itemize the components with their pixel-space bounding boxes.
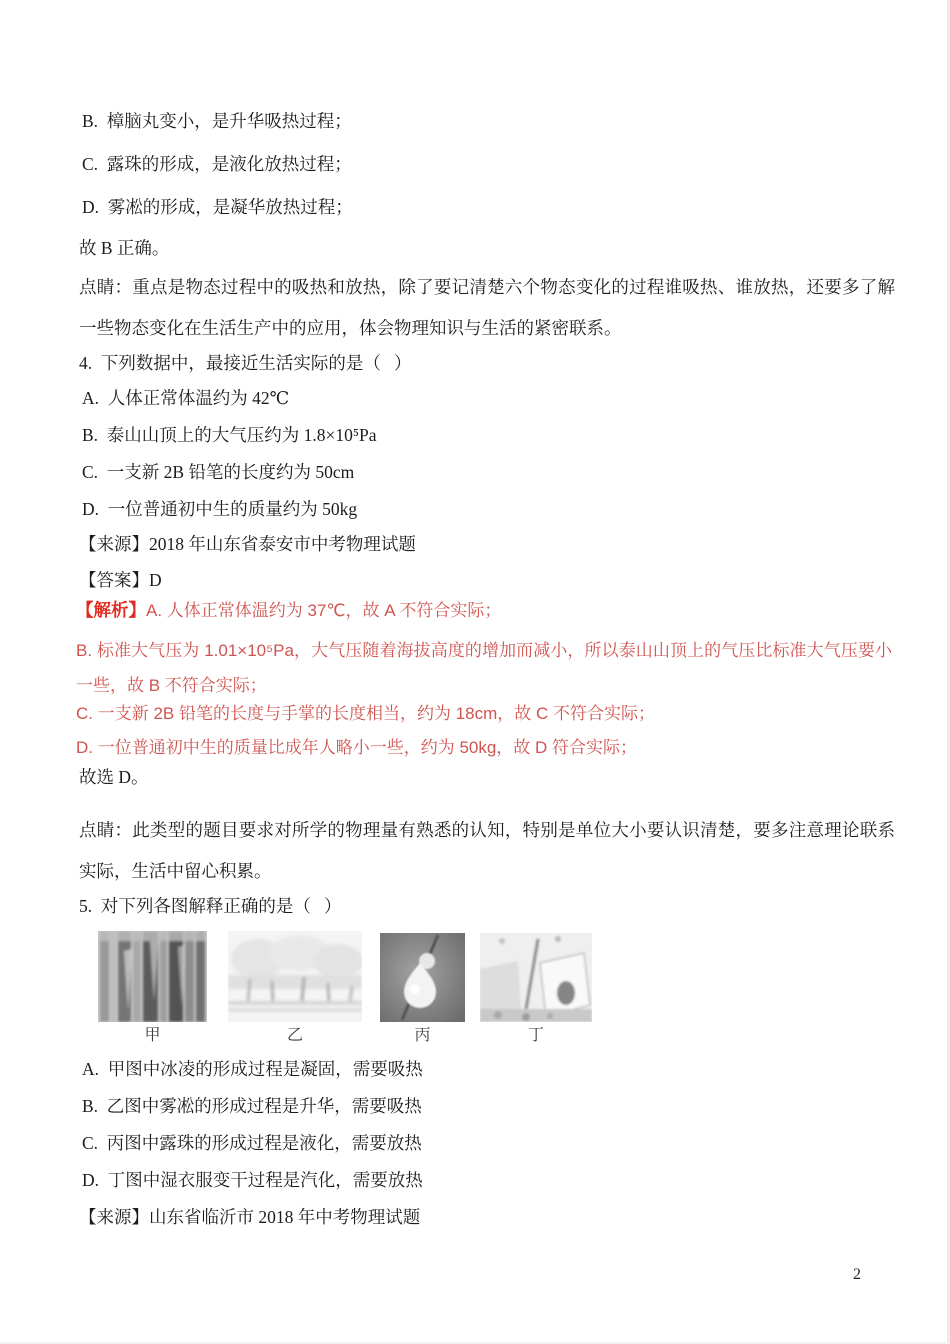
q5-option-a: A. 甲图中冰凌的形成过程是凝固，需要吸热 — [82, 1057, 898, 1081]
q4-source: 【来源】2018 年山东省泰安市中考物理试题 — [79, 532, 895, 556]
icicles-illustration — [98, 931, 207, 1022]
q4-analysis-line-b: B. 标准大气压为 1.01×10⁵Pa，大气压随着海拔高度的增加而减小，所以泰… — [76, 633, 892, 703]
q5-source: 【来源】山东省临沂市 2018 年中考物理试题 — [79, 1205, 895, 1229]
figure-label-jia: 甲 — [98, 1026, 207, 1046]
figure-label-ding: 丁 — [480, 1026, 592, 1046]
q5-option-b: B. 乙图中雾凇的形成过程是升华，需要吸热 — [82, 1094, 898, 1118]
q4-option-c: C. 一支新 2B 铅笔的长度约为 50cm — [82, 460, 898, 484]
q4-option-b: B. 泰山山顶上的大气压约为 1.8×10⁵Pa — [82, 423, 898, 447]
q4-tip-paragraph: 点睛：此类型的题目要求对所学的物理量有熟悉的认知，特别是单位大小要认识清楚，要多… — [79, 810, 895, 892]
q3-conclusion: 故 B 正确。 — [79, 236, 895, 260]
q3-option-c: C. 露珠的形成，是液化放热过程； — [82, 152, 898, 176]
q4-conclusion: 故选 D。 — [79, 765, 895, 789]
exam-document-page: B. 樟脑丸变小，是升华吸热过程； C. 露珠的形成，是液化放热过程； D. 雾… — [0, 0, 950, 1344]
drying-clothes-illustration — [480, 933, 592, 1022]
q3-option-b: B. 樟脑丸变小，是升华吸热过程； — [82, 109, 898, 133]
q5-stem: 5. 对下列各图解释正确的是（ ） — [79, 894, 895, 918]
analysis-label: 【解析】 — [76, 600, 146, 620]
q4-option-d: D. 一位普通初中生的质量约为 50kg — [82, 497, 898, 521]
figure-ding-drying-clothes-image — [480, 933, 592, 1022]
figure-yi-rime-trees-image — [228, 931, 362, 1022]
rime-trees-illustration — [228, 931, 362, 1022]
q4-stem: 4. 下列数据中，最接近生活实际的是（ ） — [79, 351, 895, 375]
q4-analysis-line-d: D. 一位普通初中生的质量比成年人略小一些，约为 50kg，故 D 符合实际； — [76, 736, 892, 760]
q5-option-d: D. 丁图中湿衣服变干过程是汽化，需要放热 — [82, 1168, 898, 1192]
q3-option-d: D. 雾凇的形成，是凝华放热过程； — [82, 195, 898, 219]
q4-answer: 【答案】D — [79, 568, 895, 592]
q4-analysis-line-a: 【解析】A. 人体正常体温约为 37℃，故 A 不符合实际； — [76, 598, 892, 623]
figure-label-bing: 丙 — [380, 1026, 465, 1046]
page-number: 2 — [853, 1266, 861, 1284]
figure-label-yi: 乙 — [228, 1026, 362, 1046]
q4-analysis-line-c: C. 一支新 2B 铅笔的长度与手掌的长度相当，约为 18cm，故 C 不符合实… — [76, 702, 892, 726]
q3-tip-paragraph: 点睛：重点是物态过程中的吸热和放热，除了要记清楚六个物态变化的过程谁吸热、谁放热… — [79, 267, 895, 349]
q5-option-c: C. 丙图中露珠的形成过程是液化，需要放热 — [82, 1131, 898, 1155]
analysis-text-a: A. 人体正常体温约为 37℃，故 A 不符合实际； — [146, 601, 501, 620]
figure-bing-dew-drop-image — [380, 933, 465, 1022]
dew-drop-illustration — [380, 933, 465, 1022]
q4-option-a: A. 人体正常体温约为 42℃ — [82, 386, 898, 410]
figure-jia-icicles-image — [98, 931, 207, 1022]
